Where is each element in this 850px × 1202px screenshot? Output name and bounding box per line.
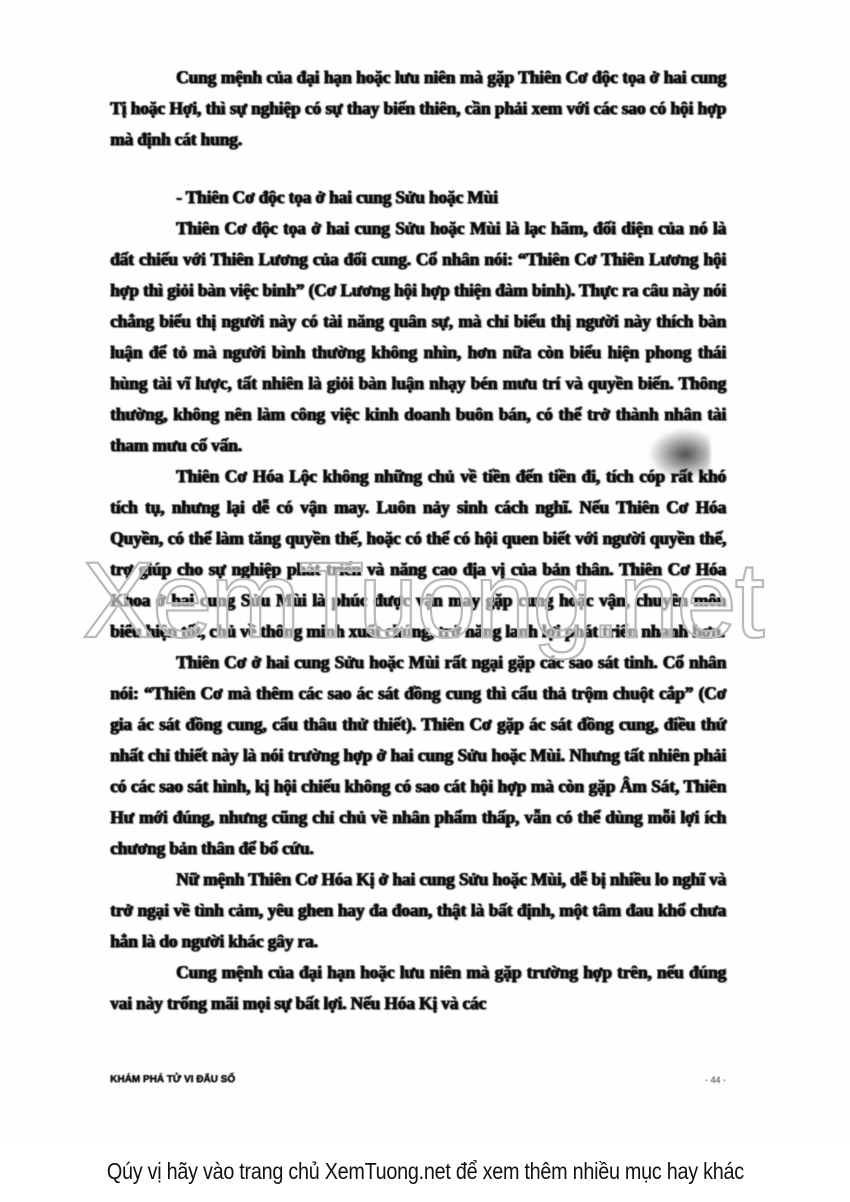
paragraph: Nữ mệnh Thiên Cơ Hóa Kị ở hai cung Sửu h… (110, 864, 726, 957)
paragraph: Cung mệnh của đại hạn hoặc lưu niên mà g… (110, 62, 726, 155)
paragraph: Cung mệnh của đại hạn hoặc lưu niên mà g… (110, 957, 726, 1019)
page-number: - 44 - (705, 1075, 726, 1085)
paragraph: Thiên Cơ độc tọa ở hai cung Sửu hoặc Mùi… (110, 213, 726, 461)
body-text: Cung mệnh của đại hạn hoặc lưu niên mà g… (110, 62, 726, 1019)
page-footer: Khám phá tử vi đẩu số - 44 - (110, 1074, 726, 1085)
scanned-page: Cung mệnh của đại hạn hoặc lưu niên mà g… (0, 0, 850, 1140)
paragraph: Thiên Cơ ở hai cung Sửu hoặc Mùi rất ngạ… (110, 647, 726, 864)
site-footer-text: Qúy vị hãy vào trang chủ XemTuong.net để… (106, 1158, 743, 1185)
section-heading: - Thiên Cơ độc tọa ở hai cung Sửu hoặc M… (110, 182, 726, 213)
book-title-caption: Khám phá tử vi đẩu số (110, 1074, 235, 1085)
paragraph: Thiên Cơ Hóa Lộc không những chủ về tiền… (110, 461, 726, 647)
site-footer-banner: Qúy vị hãy vào trang chủ XemTuong.net để… (0, 1140, 850, 1202)
ink-blotch (648, 428, 710, 476)
